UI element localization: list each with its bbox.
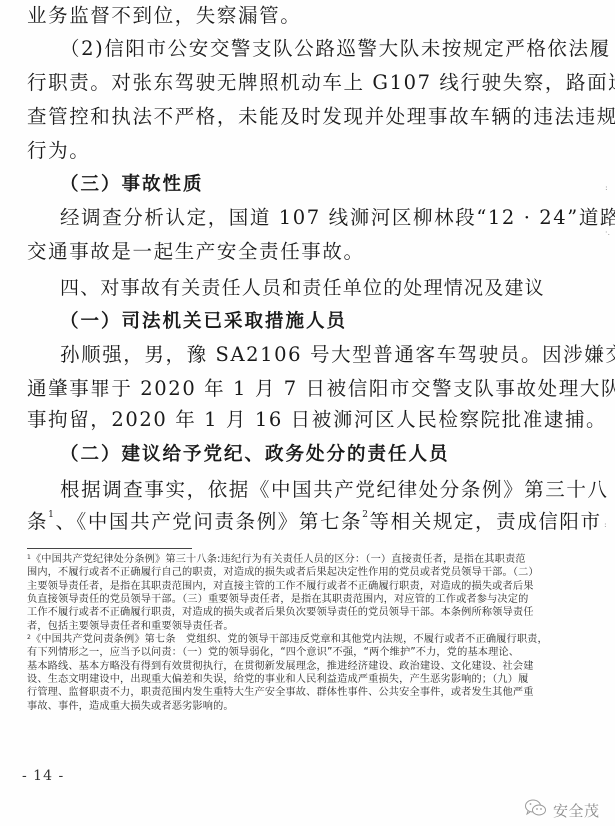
body-line: （2)信阳市公安交警支队公路巡警大队未按规定严格依法履 [60, 37, 611, 61]
footnote-line: 围内，不履行或者不正确履行自己的职责，对造成的损失或者后果起决定性作用的党员或者… [27, 566, 539, 579]
text-segment: 条 [27, 510, 48, 533]
footnote-line: 2《中国共产党问责条例》第七条 党组织、党的领导干部违反党章和其他党内法规，不履… [27, 633, 548, 646]
footnote-line: 设、生态文明建设中，出现重大偏差和失误，给党的事业和人民利益造成严重损失，产生恶… [27, 673, 528, 686]
body-line: 事拘留，2020 年 1 月 16 日被浉河区人民检察院批准逮捕。 [27, 408, 607, 432]
body-line-with-footnote-refs: 条1、《中国共产党问责条例》第七条2等相关规定，责成信阳市 [27, 510, 602, 534]
scan-speckle: : [605, 183, 608, 192]
body-line: 交通事故是一起生产安全责任事故。 [27, 240, 365, 264]
body-line: 孙顺强，男，豫 SA2106 号大型普通客车驾驶员。因涉嫌交 [60, 343, 615, 367]
body-line: 根据调查事实，依据《中国共产党纪律处分条例》第三十八 [60, 478, 609, 502]
footnote-line: 者，包括主要领导责任者和重要领导责任者。 [27, 620, 234, 633]
footnote-line: 有下列情形之一，应当予以问责：（一）党的领导弱化，“四个意识”不强，“两个维护”… [27, 646, 519, 659]
footnote-line: 事故、事件，造成重大损失或者恶劣影响的。 [27, 700, 234, 713]
footnote-ref-2[interactable]: 2 [362, 510, 369, 520]
body-line: 行为。 [27, 139, 90, 163]
text-segment: 等相关规定，责成信阳市 [370, 510, 602, 533]
footnote-divider [27, 548, 192, 549]
body-line: 行职责。对张东驾驶无牌照机动车上 G107 线行驶失察，路面巡 [27, 71, 615, 95]
body-line: 通肇事罪于 2020 年 1 月 7 日被信阳市交警支队事故处理大队刑 [27, 377, 615, 401]
body-line: 业务监督不到位，失察漏管。 [27, 4, 301, 28]
footnote-line: 基本路线、基本方略没有得到有效贯彻执行，在贯彻新发展理念，推进经济建设、政治建设… [27, 660, 534, 673]
footnote-line: 工作不履行或者不正确履行职责，对造成的损失或者后果负次要领导责任的党员领导干部。… [27, 606, 534, 619]
text-segment: 、《中国共产党问责条例》第七条 [55, 510, 362, 533]
footnote-line: 1《中国共产党纪律处分条例》第三十八条:违纪行为有关责任人员的区分：（一）直接责… [27, 553, 526, 566]
body-line: 经调查分析认定，国道 107 线浉河区柳林段“12 · 24”道路 [60, 206, 615, 230]
scan-speckle: : [604, 520, 607, 529]
footnote-line: 行管理、监督职责不力，职责范围内发生重特大生产安全事故、群体性事件、公共安全事件… [27, 686, 534, 699]
section-heading-judicial-measures: （一）司法机关已采取措施人员 [60, 310, 347, 334]
watermark: 安全茂 [524, 798, 600, 822]
document-page: 业务监督不到位，失察漏管。 （2)信阳市公安交警支队公路巡警大队未按规定严格依法… [0, 0, 615, 826]
footnote-text: 《中国共产党纪律处分条例》第三十八条:违纪行为有关责任人员的区分：（一）直接责任… [31, 554, 526, 565]
wechat-icon [524, 798, 548, 822]
watermark-text: 安全茂 [553, 800, 600, 821]
body-line: 查管控和执法不严格，未能及时发现并处理事故车辆的违法违规 [27, 105, 615, 129]
page-number: - 14 - [22, 768, 64, 784]
footnote-line: 负直接领导责任的党员领导干部。（三）重要领导责任者，是指在其职责范围内，对应管的… [27, 593, 528, 606]
section-heading-accident-nature: （三）事故性质 [60, 173, 204, 197]
chapter-heading-four: 四、对事故有关责任人员和责任单位的处理情况及建议 [60, 276, 545, 300]
footnote-line: 主要领导责任者，是指在其职责范围内，对直接主管的工作不履行或者不正确履行职责，对… [27, 580, 534, 593]
section-heading-disciplinary: （二）建议给予党纪、政务处分的责任人员 [60, 443, 450, 467]
scan-speckle: ·. [605, 228, 610, 237]
footnote-text: 《中国共产党问责条例》第七条 党组织、党的领导干部违反党章和其他党内法规，不履行… [31, 634, 548, 645]
